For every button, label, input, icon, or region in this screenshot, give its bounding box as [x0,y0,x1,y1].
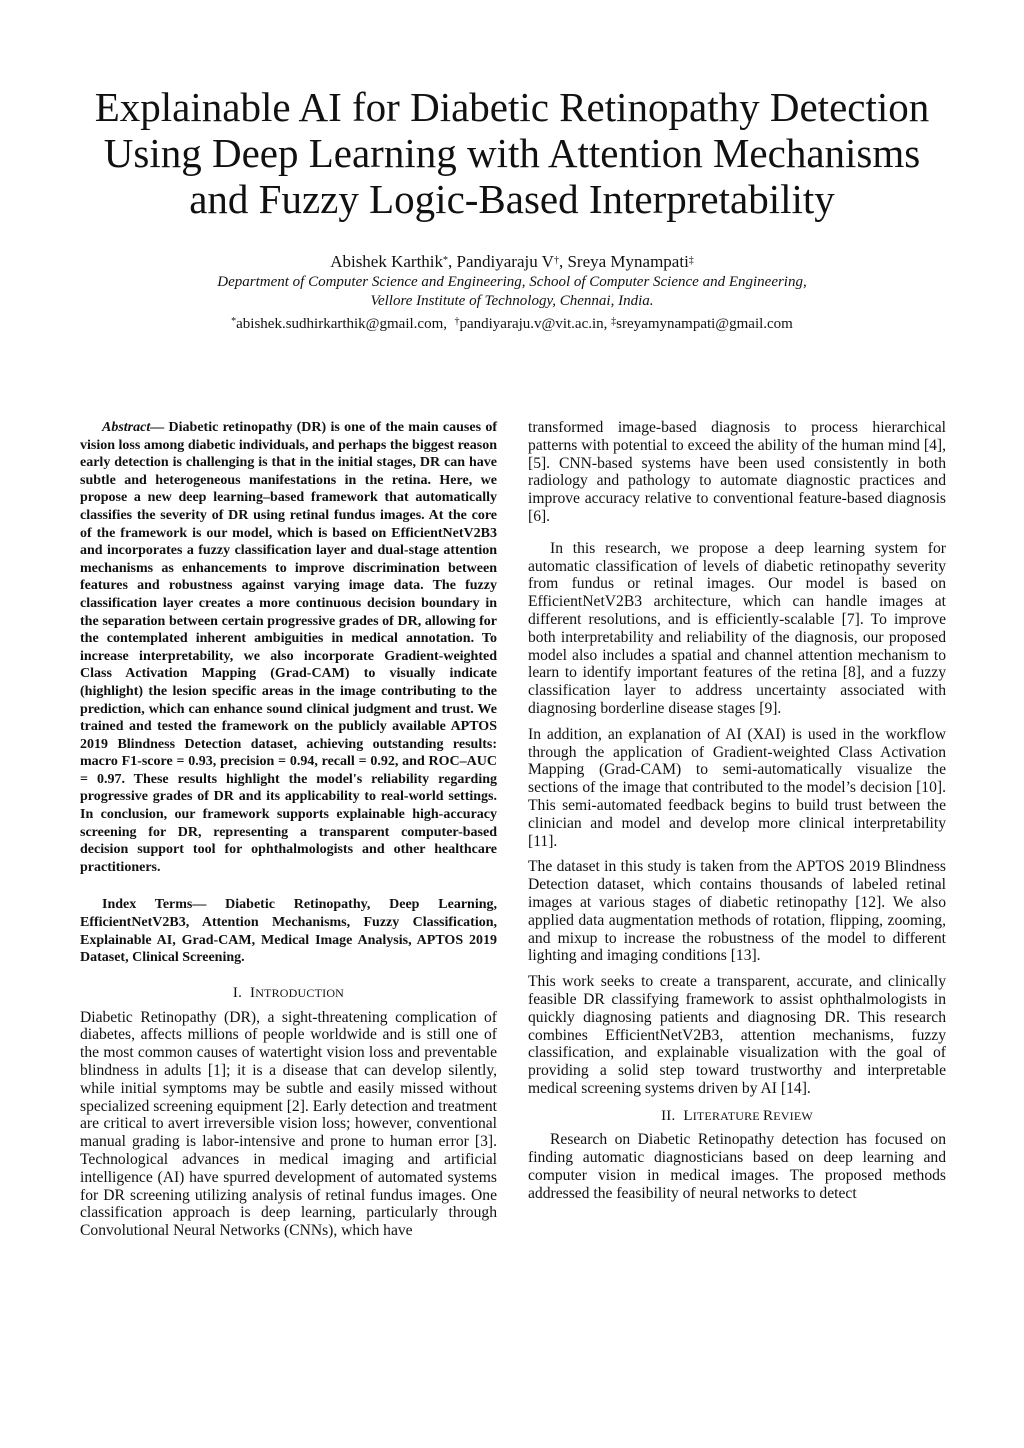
author-names: Abishek Karthik*, Pandiyaraju V†, Sreya … [100,250,924,273]
intro-paragraph-2: In this research, we propose a deep lear… [528,540,946,718]
section-heading-literature-review: II. LITERATURE REVIEW [528,1108,946,1126]
section-heading-introduction: I. INTRODUCTION [80,985,497,1003]
section-title-rest: NTRODUCTION [255,986,344,1000]
section-title-rest: ITERATURE [693,1109,763,1123]
title-line-3: and Fuzzy Logic-Based Interpretability [60,176,964,222]
intro-paragraph-1: Diabetic Retinopathy (DR), a sight-threa… [80,1009,497,1240]
abstract-text: Diabetic retinopathy (DR) is one of the … [80,420,497,875]
author-mark: † [554,255,559,266]
section-number: I. [233,985,242,1001]
author-name: Pandiyaraju V [457,252,554,271]
title-line-1: Explainable AI for Diabetic Retinopathy … [60,84,964,130]
left-column: Abstract— Diabetic retinopathy (DR) is o… [80,419,497,1248]
abstract-label: Abstract— [102,420,164,435]
email-link[interactable]: pandiyaraju.v@vit.ac.in, [459,316,607,332]
right-column: transformed image-based diagnosis to pro… [528,419,946,1211]
abstract: Abstract— Diabetic retinopathy (DR) is o… [80,419,497,876]
literature-paragraph-1: Research on Diabetic Retinopathy detecti… [528,1131,946,1202]
title-line-2: Using Deep Learning with Attention Mecha… [60,130,964,176]
section-title-rest: EVIEW [773,1109,813,1123]
affiliation-line-2: Vellore Institute of Technology, Chennai… [100,292,924,311]
intro-paragraph-5: This work seeks to create a transparent,… [528,973,946,1098]
author-block: Abishek Karthik*, Pandiyaraju V†, Sreya … [100,250,924,335]
index-terms-label: Index Terms— [102,897,206,912]
author-emails: *abishek.sudhirkarthik@gmail.com, †pandi… [100,311,924,335]
author-name: Abishek Karthik [330,252,443,271]
email-link[interactable]: sreyamynampati@gmail.com [616,316,793,332]
section-title-initial: L [683,1108,692,1124]
intro-paragraph-4: The dataset in this study is taken from … [528,858,946,965]
paper-title: Explainable AI for Diabetic Retinopathy … [60,84,964,222]
email-link[interactable]: abishek.sudhirkarthik@gmail.com, [236,316,447,332]
author-name: Sreya Mynampati [567,252,688,271]
section-title-initial: R [763,1108,773,1124]
index-terms: Index Terms— Diabetic Retinopathy, Deep … [80,896,497,966]
intro-paragraph-3: In addition, an explanation of AI (XAI) … [528,726,946,851]
author-mark: ‡ [689,255,694,266]
affiliation-line-1: Department of Computer Science and Engin… [100,273,924,292]
intro-paragraph-1-continued: transformed image-based diagnosis to pro… [528,419,946,526]
section-number: II. [661,1108,675,1124]
author-mark: * [443,255,448,266]
